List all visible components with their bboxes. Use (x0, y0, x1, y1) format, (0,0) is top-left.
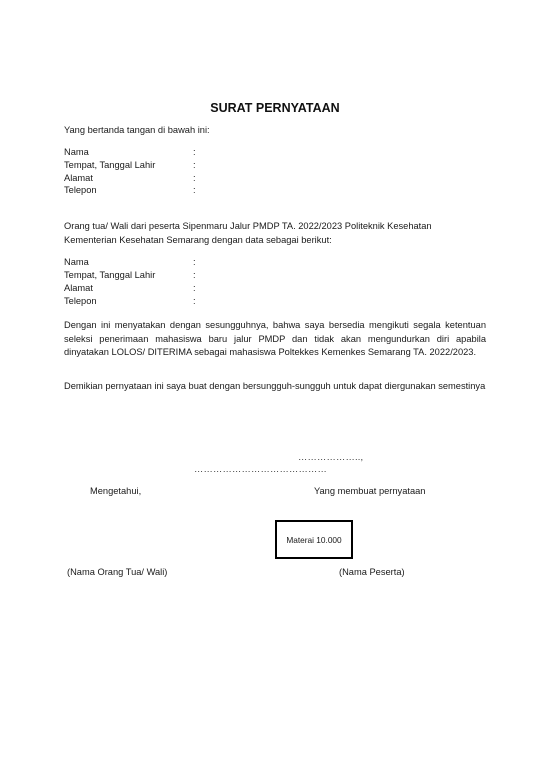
field-row-ttl: Tempat, Tanggal Lahir : (64, 159, 264, 172)
field-label: Telepon (64, 184, 97, 197)
field-row-ttl: Tempat, Tanggal Lahir : (64, 269, 264, 282)
field-separator: : (193, 146, 196, 159)
right-signature-name: (Nama Peserta) (339, 567, 405, 577)
field-separator: : (193, 282, 196, 295)
field-label: Telepon (64, 295, 97, 308)
stamp-box: Materai 10.000 (275, 520, 353, 559)
field-separator: : (193, 184, 196, 197)
field-row-telepon: Telepon : (64, 184, 264, 197)
right-signature-heading: Yang membuat pernyataan (314, 486, 425, 496)
document-title: SURAT PERNYATAAN (0, 101, 550, 115)
field-row-alamat: Alamat : (64, 282, 264, 295)
field-label: Tempat, Tanggal Lahir (64, 159, 155, 172)
field-label: Alamat (64, 282, 93, 295)
left-signature-heading: Mengetahui, (90, 486, 141, 496)
field-label: Tempat, Tanggal Lahir (64, 269, 155, 282)
field-row-nama: Nama : (64, 256, 264, 269)
field-label: Nama (64, 146, 89, 159)
closing-paragraph: Demikian pernyataan ini saya buat dengan… (64, 380, 486, 394)
field-separator: : (193, 295, 196, 308)
declaration-paragraph: Dengan ini menyatakan dengan sesungguhny… (64, 319, 486, 360)
field-separator: : (193, 159, 196, 172)
guardian-statement: Orang tua/ Wali dari peserta Sipenmaru J… (64, 220, 486, 247)
place-blank: ……………….., (298, 452, 363, 462)
date-blank: …………………………………… (194, 464, 327, 474)
field-label: Nama (64, 256, 89, 269)
intro-text: Yang bertanda tangan di bawah ini: (64, 125, 210, 135)
field-row-nama: Nama : (64, 146, 264, 159)
field-separator: : (193, 256, 196, 269)
field-row-telepon: Telepon : (64, 295, 264, 308)
field-separator: : (193, 269, 196, 282)
stamp-label: Materai 10.000 (286, 535, 341, 545)
left-signature-name: (Nama Orang Tua/ Wali) (67, 567, 167, 577)
